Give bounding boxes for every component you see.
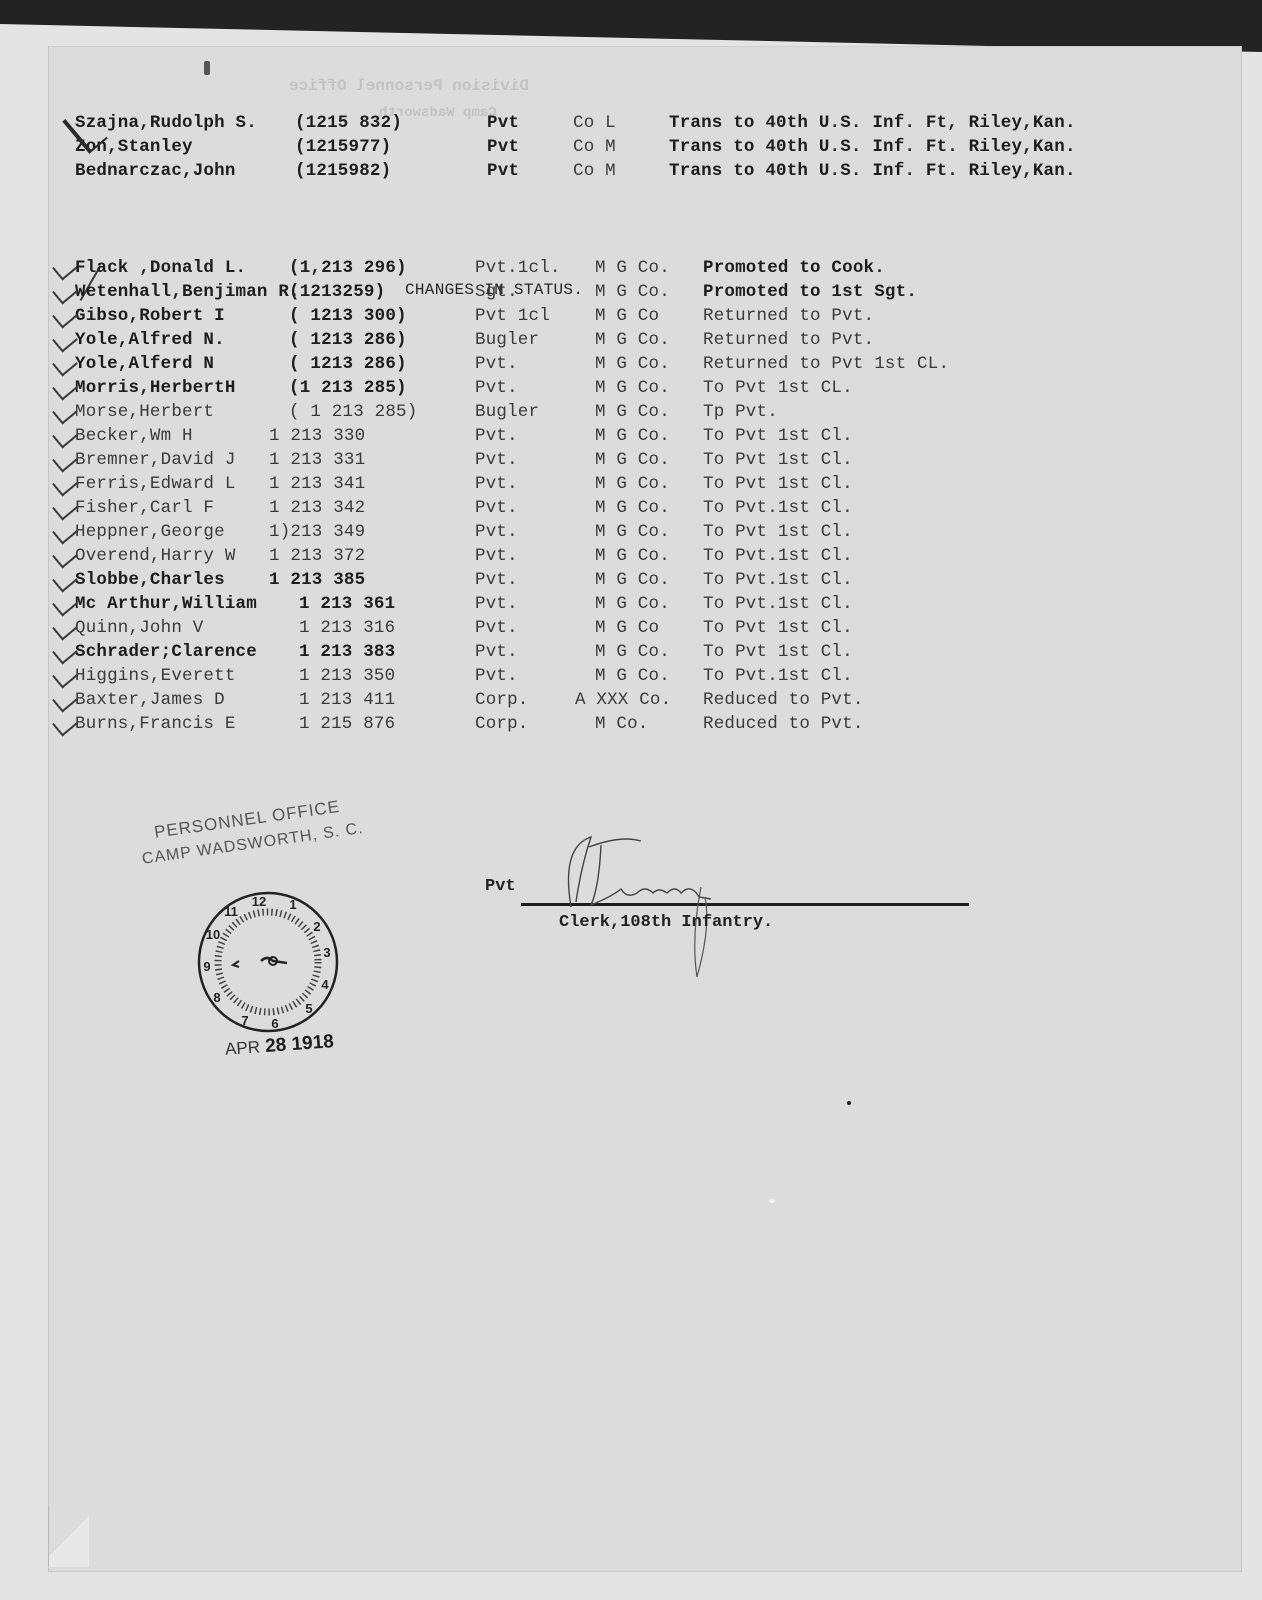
company: M G Co.: [595, 666, 670, 686]
soldier-name: Mc Arthur,William: [75, 594, 257, 614]
rank: Pvt 1cl: [475, 306, 550, 326]
soldier-name: Gibso,Robert I: [75, 306, 225, 326]
svg-text:4: 4: [321, 977, 329, 992]
status-action: To Pvt.1st Cl.: [703, 666, 853, 686]
checkmark-icon: [52, 255, 78, 280]
serial-number: 1 213 385: [269, 570, 365, 590]
checkmark-icon: [52, 327, 78, 352]
serial-number: ( 1213 286): [289, 330, 407, 350]
rank: Pvt.: [475, 354, 518, 374]
soldier-name: Bremner,David J: [75, 450, 236, 470]
bleed-through-letterhead: Division Personnel Office: [289, 77, 529, 95]
rank: Pvt: [487, 113, 519, 133]
status-change-row: Burns,Francis E1 215 876Corp.M Co.Reduce…: [49, 714, 1241, 738]
status-action: To Pvt 1st Cl.: [703, 426, 853, 446]
status-change-row: Heppner,George1)213 349Pvt.M G Co.To Pvt…: [49, 522, 1241, 546]
serial-number: 1 213 331: [269, 450, 365, 470]
soldier-name: Schrader;Clarence: [75, 642, 257, 662]
status-action: Tp Pvt.: [703, 402, 778, 422]
soldier-name: Yole,Alferd N: [75, 354, 214, 374]
checkmark-icon: [52, 687, 78, 712]
status-action: To Pvt.1st Cl.: [703, 546, 853, 566]
transfer-row: Szajna,Rudolph S. (1215 832) Pvt Co L Tr…: [49, 113, 1241, 137]
company: M G Co.: [595, 330, 670, 350]
transfer-row: Bednarczac,John (1215982) Pvt Co M Trans…: [49, 161, 1241, 185]
action: Trans to 40th U.S. Inf. Ft, Riley,Kan.: [669, 113, 1076, 133]
company: M G Co: [595, 306, 659, 326]
soldier-name: Becker,Wm H: [75, 426, 193, 446]
serial-number: 1 215 876: [299, 714, 395, 734]
serial-number: 1 213 316: [299, 618, 395, 638]
rank: Pvt: [487, 161, 519, 181]
rank: Pvt.: [475, 570, 518, 590]
soldier-name: Baxter,James D: [75, 690, 225, 710]
serial-number: ( 1 213 285): [289, 402, 417, 422]
status-action: To Pvt.1st Cl.: [703, 498, 853, 518]
checkmark-icon: [52, 399, 78, 424]
company: M G Co.: [595, 594, 670, 614]
serial-number: 1 213 361: [299, 594, 395, 614]
company: Co L: [573, 113, 616, 133]
folded-corner: [48, 1505, 89, 1567]
status-change-row: Yole,Alferd N( 1213 286)Pvt.M G Co.Retur…: [49, 354, 1241, 378]
company: M Co.: [595, 714, 649, 734]
checkmark-icon: [52, 663, 78, 688]
signature-caption: Clerk,108th Infantry.: [559, 913, 773, 932]
serial-number: 1 213 350: [299, 666, 395, 686]
soldier-name: Wetenhall,Benjiman R.: [75, 282, 300, 302]
svg-text:3: 3: [323, 945, 330, 960]
status-action: Promoted to Cook.: [703, 258, 885, 278]
rank: Bugler: [475, 330, 539, 350]
svg-text:11: 11: [224, 904, 238, 919]
status-action: Returned to Pvt.: [703, 330, 874, 350]
soldier-name: Yole,Alfred N.: [75, 330, 225, 350]
svg-text:8: 8: [213, 990, 220, 1005]
action: Trans to 40th U.S. Inf. Ft. Riley,Kan.: [669, 137, 1076, 157]
status-change-row: Morse,Herbert( 1 213 285)BuglerM G Co.Tp…: [49, 402, 1241, 426]
checkmark-icon: [52, 303, 78, 328]
rank: Corp.: [475, 714, 529, 734]
rank: Bugler: [475, 402, 539, 422]
svg-text:2: 2: [313, 919, 320, 934]
serial-number: 1)213 349: [269, 522, 365, 542]
clock-stamp-icon: 12 1 2 3 4 5 6 7 8 9 10 11: [195, 889, 341, 1035]
soldier-name: Slobbe,Charles: [75, 570, 225, 590]
signature-rank-prefix: Pvt: [485, 877, 516, 896]
svg-text:7: 7: [241, 1013, 248, 1028]
soldier-name: Heppner,George: [75, 522, 225, 542]
serial-number: 1 213 411: [299, 690, 395, 710]
status-action: To Pvt.1st Cl.: [703, 594, 853, 614]
serial-number: (1215 832): [295, 113, 402, 133]
rank: Pvt.: [475, 642, 518, 662]
status-action: To Pvt 1st Cl.: [703, 522, 853, 542]
serial-number: (1,213 296): [289, 258, 407, 278]
checkmark-icon: [52, 495, 78, 520]
status-change-row: Higgins,Everett1 213 350Pvt.M G Co.To Pv…: [49, 666, 1241, 690]
status-action: To Pvt 1st Cl.: [703, 474, 853, 494]
rank: Sgt.: [475, 282, 518, 302]
serial-number: (1215982): [295, 161, 391, 181]
serial-number: 1 213 383: [299, 642, 395, 662]
status-change-row: Wetenhall,Benjiman R.(1213259)Sgt.M G Co…: [49, 282, 1241, 306]
soldier-name: Fisher,Carl F: [75, 498, 214, 518]
company: M G Co.: [595, 474, 670, 494]
checkmark-icon: [52, 447, 78, 472]
rank: Pvt.: [475, 594, 518, 614]
checkmark-icon: [52, 639, 78, 664]
company: M G Co.: [595, 450, 670, 470]
svg-text:1: 1: [289, 897, 296, 912]
status-change-row: Mc Arthur,William1 213 361Pvt.M G Co.To …: [49, 594, 1241, 618]
company: M G Co.: [595, 522, 670, 542]
soldier-name: Quinn,John V: [75, 618, 203, 638]
status-action: To Pvt 1st CL.: [703, 378, 853, 398]
status-change-row: Fisher,Carl F1 213 342Pvt.M G Co.To Pvt.…: [49, 498, 1241, 522]
checkmark-icon: [52, 423, 78, 448]
soldier-name: Ferris,Edward L: [75, 474, 236, 494]
serial-number: 1 213 342: [269, 498, 365, 518]
status-change-row: Overend,Harry W1 213 372Pvt.M G Co.To Pv…: [49, 546, 1241, 570]
rank: Pvt.: [475, 426, 518, 446]
status-action: Returned to Pvt 1st CL.: [703, 354, 949, 374]
checkmark-icon: [52, 543, 78, 568]
rank: Pvt.: [475, 666, 518, 686]
company: M G Co.: [595, 354, 670, 374]
company: Co M: [573, 137, 616, 157]
company: Co M: [573, 161, 616, 181]
ink-mark: [204, 61, 210, 75]
status-action: To Pvt 1st Cl.: [703, 642, 853, 662]
status-action: To Pvt.1st Cl.: [703, 570, 853, 590]
rank: Pvt.: [475, 522, 518, 542]
serial-number: (1 213 285): [289, 378, 407, 398]
status-change-row: Slobbe,Charles1 213 385Pvt.M G Co.To Pvt…: [49, 570, 1241, 594]
company: M G Co.: [595, 402, 670, 422]
status-change-row: Bremner,David J1 213 331Pvt.M G Co.To Pv…: [49, 450, 1241, 474]
rank: Pvt.: [475, 378, 518, 398]
checkmark-icon: [52, 567, 78, 592]
status-change-row: Schrader;Clarence1 213 383Pvt.M G Co.To …: [49, 642, 1241, 666]
checkmark-icon: [52, 519, 78, 544]
rank: Pvt.: [475, 618, 518, 638]
ink-speck: [847, 1101, 851, 1105]
svg-text:10: 10: [206, 927, 220, 942]
checkmark-icon: [52, 351, 78, 376]
status-change-row: Ferris,Edward L1 213 341Pvt.M G Co.To Pv…: [49, 474, 1241, 498]
status-change-row: Becker,Wm H1 213 330Pvt.M G Co.To Pvt 1s…: [49, 426, 1241, 450]
transfer-row: Zon,Stanley (1215977) Pvt Co M Trans to …: [49, 137, 1241, 161]
rank: Pvt.: [475, 474, 518, 494]
document-page: Division Personnel Office Camp Wadsworth…: [48, 46, 1242, 1572]
svg-text:5: 5: [305, 1001, 312, 1016]
company: A XXX Co.: [575, 690, 671, 710]
stamp-date-month: APR: [224, 1037, 260, 1058]
status-change-row: Gibso,Robert I( 1213 300)Pvt 1clM G CoRe…: [49, 306, 1241, 330]
company: M G Co.: [595, 498, 670, 518]
serial-number: (1215977): [295, 137, 391, 157]
checkmark-icon: [52, 279, 78, 304]
serial-number: 1 213 372: [269, 546, 365, 566]
soldier-name: Morse,Herbert: [75, 402, 214, 422]
status-action: Promoted to 1st Sgt.: [703, 282, 917, 302]
checkmark-icon: [52, 711, 78, 736]
stamp-date-day-year: 28 1918: [265, 1031, 335, 1057]
company: M G Co.: [595, 546, 670, 566]
status-action: To Pvt 1st Cl.: [703, 450, 853, 470]
rank: Pvt.: [475, 498, 518, 518]
status-action: Reduced to Pvt.: [703, 690, 864, 710]
serial-number: 1 213 330: [269, 426, 365, 446]
company: M G Co: [595, 618, 659, 638]
paper-speck: [769, 1199, 775, 1203]
soldier-name: Morris,HerbertH: [75, 378, 236, 398]
rank: Pvt.1cl.: [475, 258, 561, 278]
company: M G Co.: [595, 426, 670, 446]
company: M G Co.: [595, 570, 670, 590]
rank: Corp.: [475, 690, 529, 710]
status-change-row: Morris,HerbertH(1 213 285)Pvt.M G Co.To …: [49, 378, 1241, 402]
serial-number: ( 1213 286): [289, 354, 407, 374]
handwritten-signature: [541, 827, 761, 987]
serial-number: 1 213 341: [269, 474, 365, 494]
company: M G Co.: [595, 378, 670, 398]
status-change-row: Yole,Alfred N.( 1213 286)BuglerM G Co.Re…: [49, 330, 1241, 354]
status-change-row: Flack ,Donald L.(1,213 296)Pvt.1cl.M G C…: [49, 258, 1241, 282]
stamp-date: APR 28 1918: [224, 1031, 334, 1061]
svg-text:6: 6: [271, 1016, 278, 1031]
svg-text:9: 9: [203, 959, 210, 974]
company: M G Co.: [595, 282, 670, 302]
soldier-name: Flack ,Donald L.: [75, 258, 246, 278]
status-change-row: Quinn,John V1 213 316Pvt.M G CoTo Pvt 1s…: [49, 618, 1241, 642]
soldier-name: Overend,Harry W: [75, 546, 236, 566]
company: M G Co.: [595, 642, 670, 662]
soldier-name: Bednarczac,John: [75, 161, 236, 181]
soldier-name: Higgins,Everett: [75, 666, 236, 686]
soldier-name: Szajna,Rudolph S.: [75, 113, 257, 133]
rank: Pvt.: [475, 450, 518, 470]
serial-number: ( 1213 300): [289, 306, 407, 326]
checkmark-icon: [52, 375, 78, 400]
status-change-row: Baxter,James D1 213 411Corp.A XXX Co.Red…: [49, 690, 1241, 714]
action: Trans to 40th U.S. Inf. Ft. Riley,Kan.: [669, 161, 1076, 181]
checkmark-icon: [52, 591, 78, 616]
rank: Pvt: [487, 137, 519, 157]
company: M G Co.: [595, 258, 670, 278]
serial-number: (1213259): [289, 282, 385, 302]
svg-text:12: 12: [252, 894, 266, 909]
checkmark-icon: [52, 471, 78, 496]
status-action: Returned to Pvt.: [703, 306, 874, 326]
status-action: To Pvt 1st Cl.: [703, 618, 853, 638]
checkmark-icon: [52, 615, 78, 640]
status-action: Reduced to Pvt.: [703, 714, 864, 734]
soldier-name: Burns,Francis E: [75, 714, 236, 734]
rank: Pvt.: [475, 546, 518, 566]
